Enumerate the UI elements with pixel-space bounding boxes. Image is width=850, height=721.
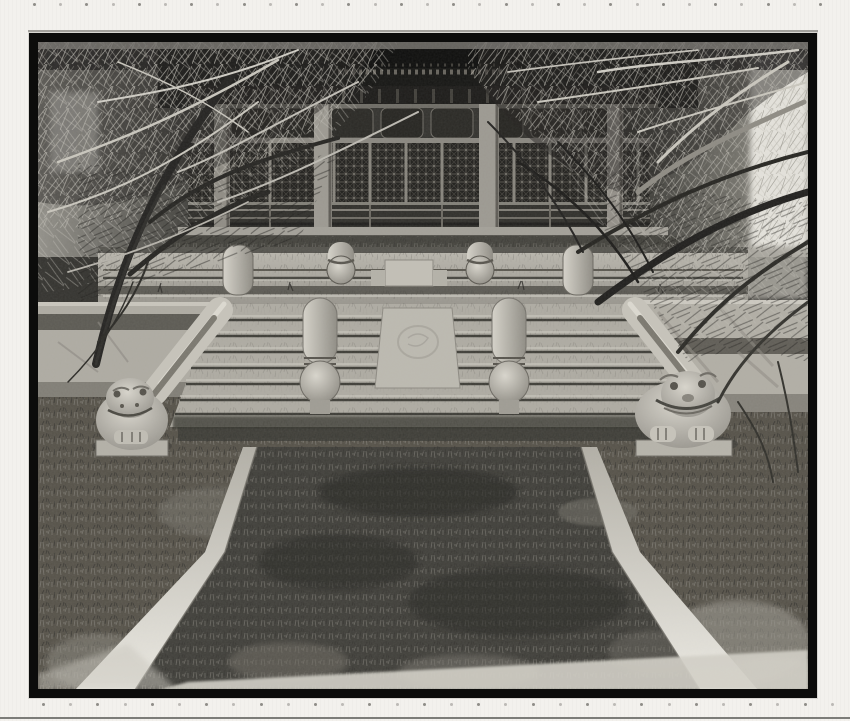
scan-tick bbox=[722, 703, 725, 706]
photograph bbox=[38, 42, 808, 689]
scan-baseline bbox=[0, 717, 850, 719]
scan-tick bbox=[314, 703, 317, 706]
scan-tick bbox=[531, 3, 534, 6]
scan-tick bbox=[804, 703, 807, 706]
scan-tick bbox=[269, 3, 272, 6]
scan-tick bbox=[69, 703, 72, 706]
scan-tick bbox=[749, 703, 752, 706]
scan-tick bbox=[505, 3, 508, 6]
scan-tick bbox=[347, 3, 350, 6]
scan-tick bbox=[740, 3, 743, 6]
film-grain bbox=[38, 42, 808, 689]
scan-tick bbox=[124, 703, 127, 706]
scan-tick bbox=[613, 703, 616, 706]
scan-tick bbox=[400, 3, 403, 6]
scan-tick bbox=[151, 703, 154, 706]
scan-tick bbox=[341, 703, 344, 706]
scan-tick bbox=[532, 703, 535, 706]
scan-tick bbox=[374, 3, 377, 6]
scan-tick bbox=[232, 703, 235, 706]
scan-tick bbox=[321, 3, 324, 6]
scan-tick bbox=[636, 3, 639, 6]
scan-tick bbox=[688, 3, 691, 6]
scan-tick bbox=[368, 703, 371, 706]
scan-tick bbox=[85, 3, 88, 6]
scan-tick bbox=[164, 3, 167, 6]
scan-tick bbox=[138, 3, 141, 6]
scan-tick bbox=[112, 3, 115, 6]
scan-tick bbox=[586, 703, 589, 706]
scan-tick bbox=[831, 703, 834, 706]
scan-tick bbox=[695, 703, 698, 706]
scan-tick bbox=[609, 3, 612, 6]
scan-tick bbox=[396, 703, 399, 706]
scan-tick bbox=[767, 3, 770, 6]
scan-tick bbox=[216, 3, 219, 6]
scan-tick bbox=[96, 703, 99, 706]
scan-tick bbox=[640, 703, 643, 706]
photo-frame: Black-and-white photograph: a temple hal… bbox=[28, 30, 818, 699]
scan-tick bbox=[793, 3, 796, 6]
scan-tick bbox=[477, 703, 480, 706]
scan-tick bbox=[190, 3, 193, 6]
scan-tick bbox=[557, 3, 560, 6]
scanned-photo-plate: Black-and-white photograph: a temple hal… bbox=[0, 0, 850, 721]
scan-tick bbox=[178, 703, 181, 706]
scan-tick bbox=[504, 703, 507, 706]
scan-tick bbox=[478, 3, 481, 6]
scan-tick bbox=[714, 3, 717, 6]
scan-tick bbox=[260, 703, 263, 706]
scan-tick bbox=[33, 3, 36, 6]
scan-tick bbox=[295, 3, 298, 6]
scan-tick bbox=[287, 703, 290, 706]
scan-tick bbox=[776, 703, 779, 706]
scan-tick bbox=[450, 703, 453, 706]
scan-tick bbox=[668, 703, 671, 706]
scan-tick bbox=[583, 3, 586, 6]
scan-tick bbox=[426, 3, 429, 6]
scan-tick bbox=[819, 3, 822, 6]
scan-tick bbox=[662, 3, 665, 6]
scan-tick bbox=[243, 3, 246, 6]
scan-tick bbox=[559, 703, 562, 706]
scan-tick bbox=[423, 703, 426, 706]
scan-tick bbox=[205, 703, 208, 706]
scan-tick bbox=[59, 3, 62, 6]
scan-tick bbox=[452, 3, 455, 6]
scan-tick bbox=[42, 703, 45, 706]
